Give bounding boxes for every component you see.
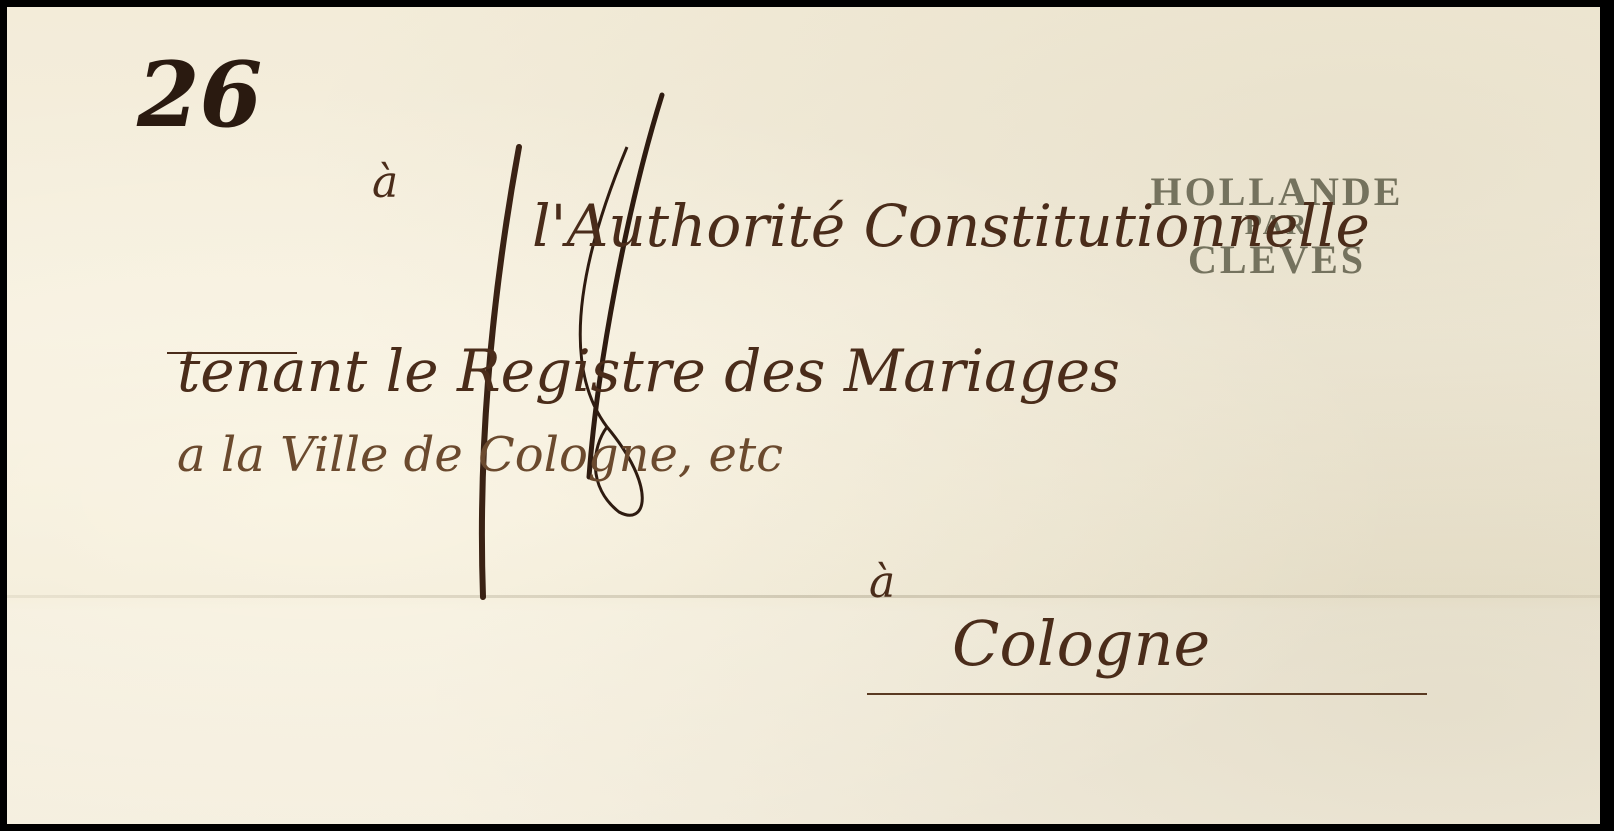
address-line-3: a la Ville de Cologne, etc <box>177 427 783 483</box>
address-line-4: Cologne <box>952 607 1210 680</box>
tax-mark-strokes <box>7 7 1600 824</box>
address-prefix-1: à <box>372 157 398 208</box>
address-line-1: l'Authorité Constitutionnelle <box>532 192 1370 260</box>
address-line-2: tenant le Registre des Mariages <box>177 337 1120 405</box>
address-prefix-4: à <box>869 557 895 608</box>
letter-cover: HOLLANDE PAR CLEVES 26 à l'Authorité Con… <box>7 7 1600 824</box>
